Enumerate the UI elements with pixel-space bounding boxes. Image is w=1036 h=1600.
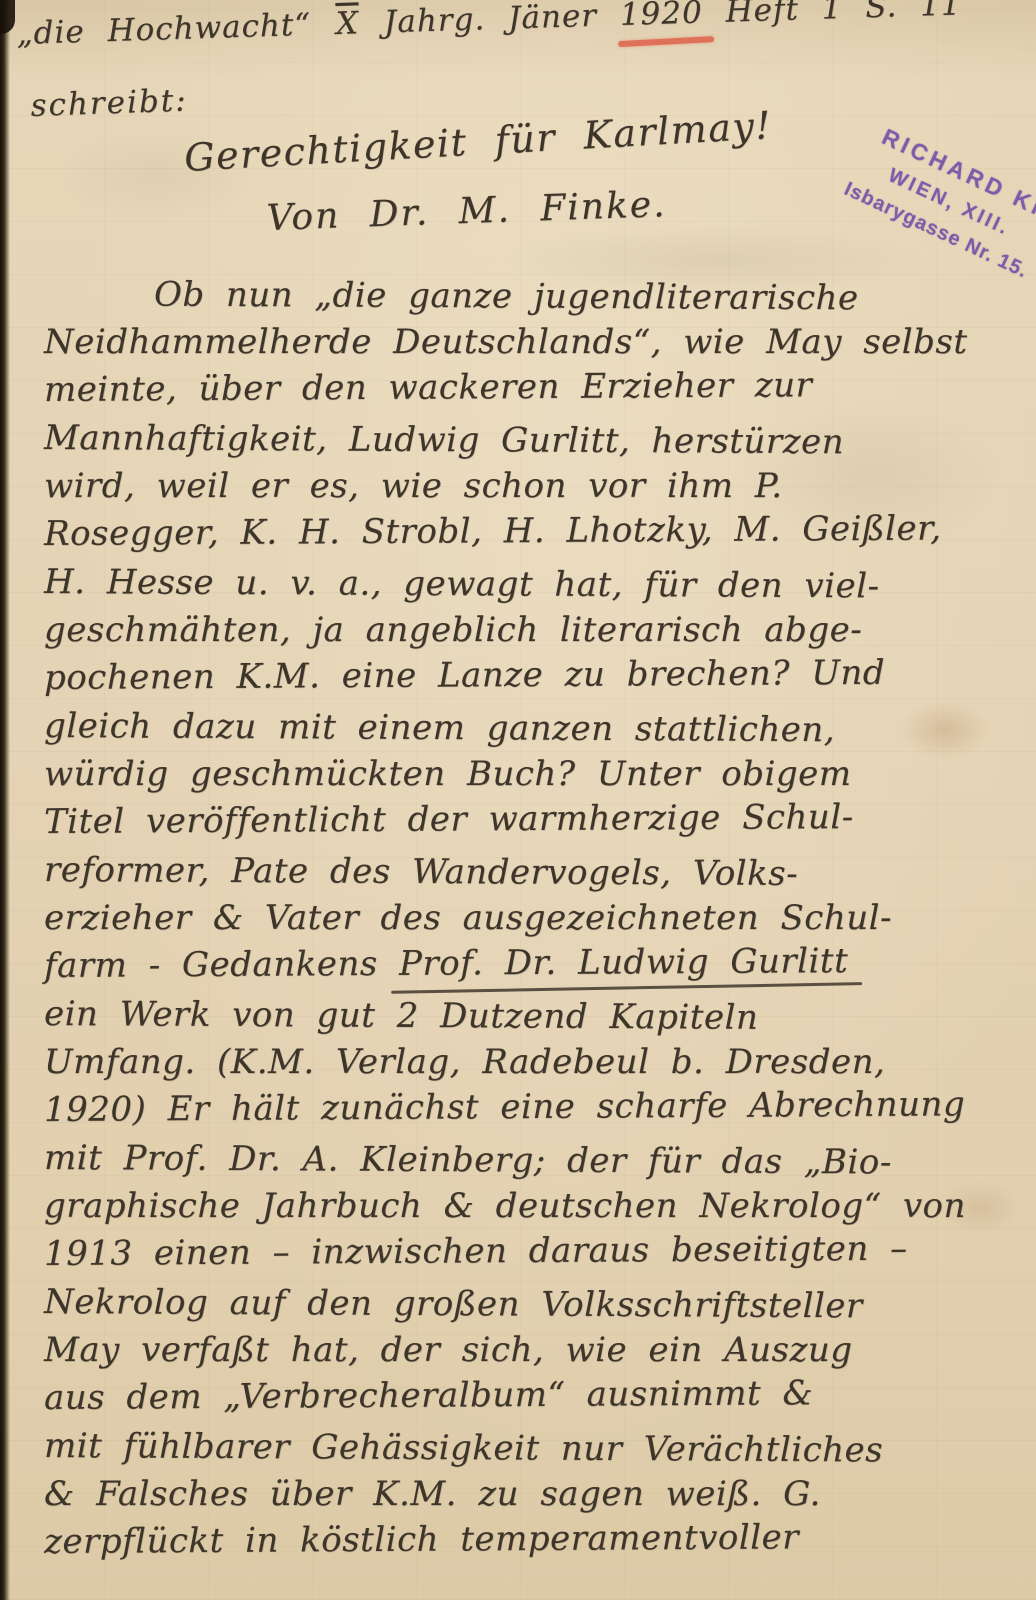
gurlitt-underlined-name: Prof. Dr. Ludwig Gurlitt [399, 941, 848, 984]
article-byline: Von Dr. M. Finke. [266, 184, 667, 239]
manuscript-line: Titel veröffentlicht der warmherzige Sch… [44, 792, 1024, 846]
schreibt-label: schreibt: [30, 83, 188, 124]
manuscript-body: Ob nun „die ganze jugendliterarische Nei… [44, 270, 1024, 1566]
manuscript-line: reformer, Pate des Wandervogels, Volks- [44, 846, 1024, 899]
manuscript-line: meinte, über den wackeren Erzieher zur [44, 360, 1024, 414]
manuscript-line: H. Hesse u. v. a., gewagt hat, für den v… [44, 558, 1024, 611]
gurlitt-line-prefix: farm - Gedankens [44, 944, 399, 986]
manuscript-line: 1913 einen – inzwischen daraus beseitigt… [44, 1224, 1024, 1278]
manuscript-line: mit fühlbarer Gehässigkeit nur Verächtli… [44, 1422, 1024, 1475]
manuscript-line: geschmähten, ja angeblich literarisch ab… [44, 606, 1024, 654]
manuscript-line: Ob nun „die ganze jugendliterarische [44, 270, 1024, 323]
year-with-red-underline: 1920 [619, 0, 703, 33]
manuscript-line: Neidhammelherde Deutschlands“, wie May s… [44, 318, 1024, 366]
manuscript-line: gleich dazu mit einem ganzen stattlichen… [44, 702, 1024, 755]
manuscript-line-gurlitt: farm - Gedankens Prof. Dr. Ludwig Gurlit… [44, 936, 1024, 990]
manuscript-line: mit Prof. Dr. A. Kleinberg; der für das … [44, 1134, 1024, 1187]
manuscript-line: Mannhaftigkeit, Ludwig Gurlitt, herstürz… [44, 414, 1024, 467]
page-corner-shadow [0, 0, 15, 34]
manuscript-page: „die Hochwacht“ X Jahrg. Jäner 1920 Heft… [0, 0, 1036, 1600]
citation-middle: Jahrg. Jäner [360, 0, 620, 41]
manuscript-line: pochenen K.M. eine Lanze zu brechen? Und [44, 648, 1024, 702]
manuscript-line: graphische Jahrbuch & deutschen Nekrolog… [44, 1182, 1024, 1230]
manuscript-line: Rosegger, K. H. Strobl, H. Lhotzky, M. G… [44, 504, 1024, 558]
source-citation-line: „die Hochwacht“ X Jahrg. Jäner 1920 Heft… [16, 0, 977, 52]
article-title: Gerechtigkeit für Karlmay! [183, 103, 773, 180]
manuscript-line: erzieher & Vater des ausgezeichneten Sch… [44, 894, 1024, 942]
journal-name: „die Hochwacht“ [16, 6, 335, 52]
manuscript-line: & Falsches über K.M. zu sagen weiß. G. [44, 1470, 1024, 1518]
page-left-edge [0, 0, 10, 1600]
manuscript-line: würdig geschmückten Buch? Unter obigem [44, 750, 1024, 798]
manuscript-line: aus dem „Verbrecheralbum“ ausnimmt & [44, 1368, 1024, 1422]
manuscript-line: wird, weil er es, wie schon vor ihm P. [44, 462, 1024, 510]
manuscript-line: Nekrolog auf den großen Volksschriftstel… [44, 1278, 1024, 1331]
manuscript-line: Umfang. (K.M. Verlag, Radebeul b. Dresde… [44, 1038, 1024, 1086]
manuscript-line: May verfaßt hat, der sich, wie ein Auszu… [44, 1326, 1024, 1374]
volume-numeral: X [333, 5, 361, 42]
manuscript-line: zerpflückt in köstlich temperamentvoller [44, 1512, 1024, 1566]
citation-tail: Heft 1 S. 11 [702, 0, 962, 30]
manuscript-line: ein Werk von gut 2 Dutzend Kapiteln [44, 990, 1024, 1043]
manuscript-line: 1920) Er hält zunächst eine scharfe Abre… [44, 1080, 1024, 1134]
